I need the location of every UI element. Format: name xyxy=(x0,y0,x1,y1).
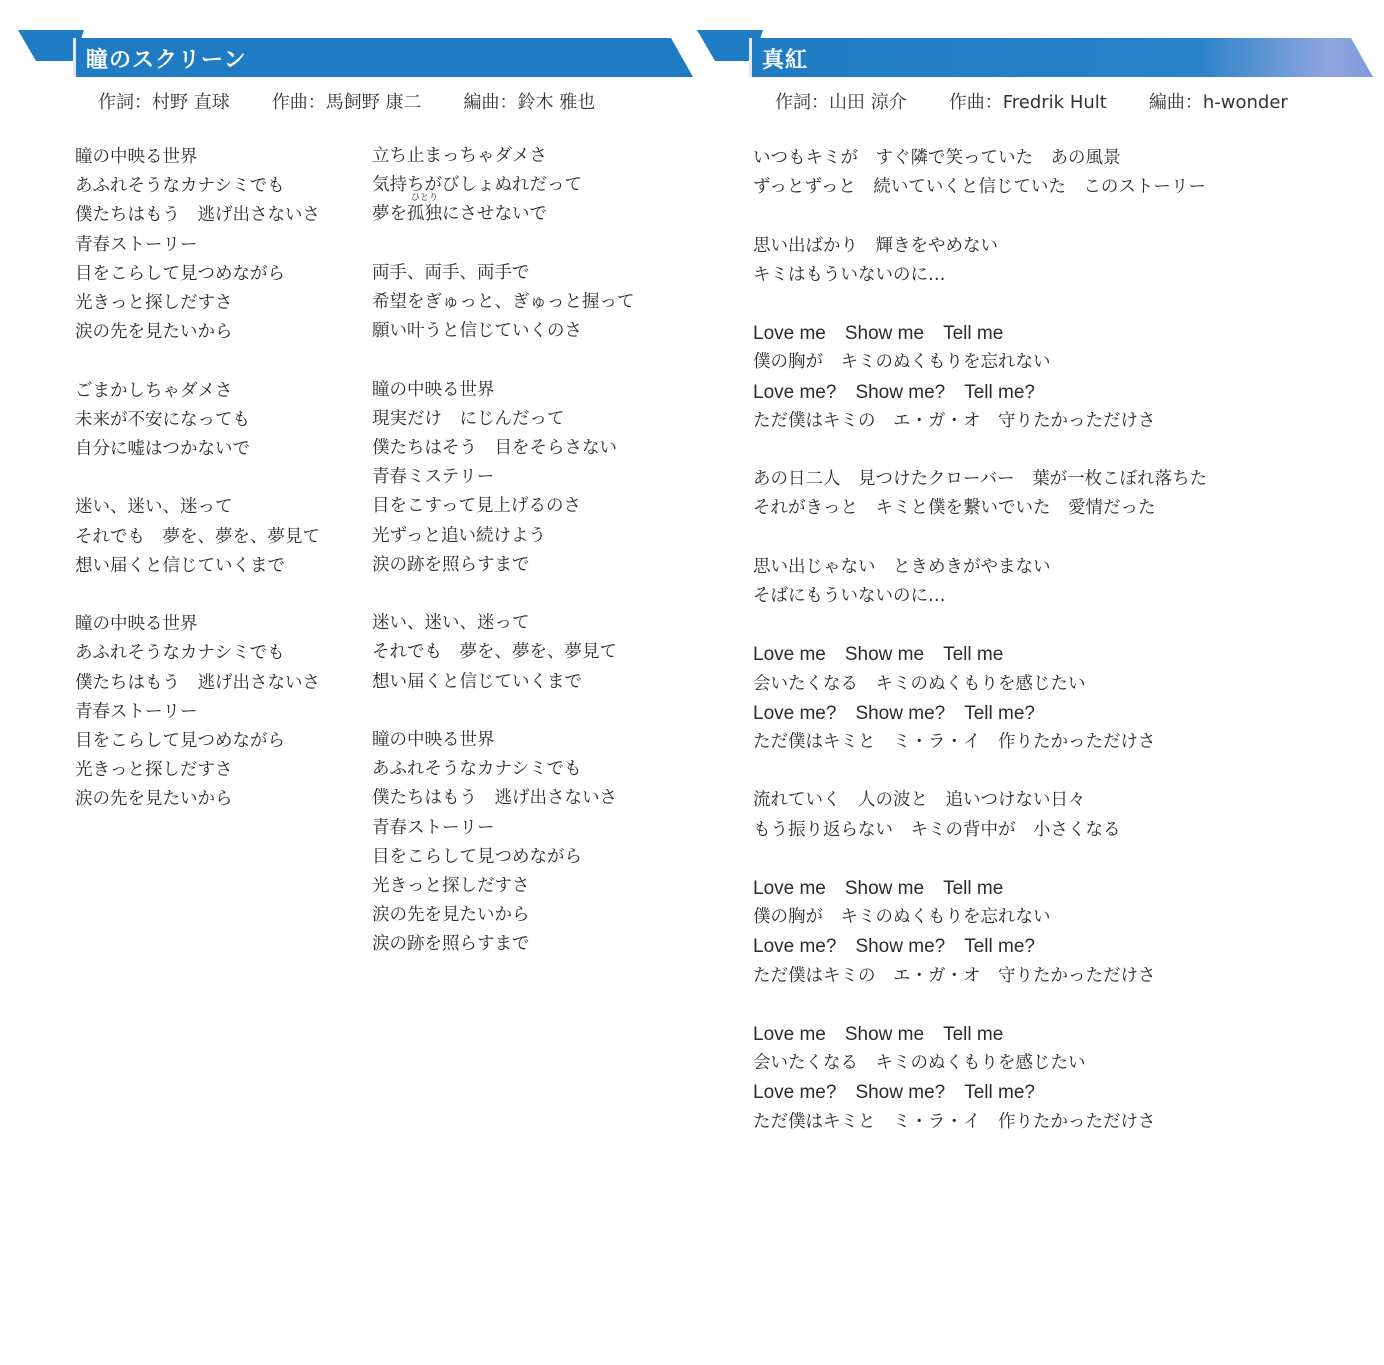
composer-credit: 作曲：馬飼野 康二 xyxy=(272,88,422,114)
composer-credit: 作曲：Fredrik Hult xyxy=(949,88,1107,114)
lyric-line: Love me Show me Tell me xyxy=(753,640,1373,669)
lyric-line: Love me? Show me? Tell me? xyxy=(753,1078,1373,1107)
lyric-line: Love me? Show me? Tell me? xyxy=(753,378,1373,407)
lyric-line: 現実だけ にじんだって xyxy=(372,405,672,434)
lyric-line: 瞳の中映る世界 xyxy=(75,610,365,639)
lyrics-stanza: Love me Show me Tell me僕の胸が キミのぬくもりを忘れない… xyxy=(753,874,1373,991)
lyric-line: あふれそうなカナシミでも xyxy=(75,172,365,201)
lyric-line: 僕たちはもう 逃げ出さないさ xyxy=(372,784,672,813)
lyric-line: キミはもういないのに… xyxy=(753,261,1373,290)
lyric-line: 涙の先を見たいから xyxy=(372,901,672,930)
lyric-line: 瞳の中映る世界 xyxy=(75,143,365,172)
lyrics-stanza: いつもキミが すぐ隣で笑っていた あの風景ずっとずっと 続いていくと信じていた … xyxy=(753,144,1373,202)
lyric-line: 想い届くと信じていくまで xyxy=(372,668,672,697)
ruby-reading: ひとり xyxy=(411,194,438,203)
arranger-credit: 編曲：鈴木 雅也 xyxy=(463,88,595,114)
song-title: 真紅 xyxy=(752,43,808,74)
lyric-line: 希望をぎゅっと、ぎゅっと握って xyxy=(372,288,672,317)
lyrics-stanza: ごまかしちゃダメさ未来が不安になっても自分に嘘はつかないで xyxy=(75,377,365,465)
lyric-line: 会いたくなる キミのぬくもりを感じたい xyxy=(753,670,1373,699)
lyric-line: いつもキミが すぐ隣で笑っていた あの風景 xyxy=(753,144,1373,173)
lyrics-stanza: Love me Show me Tell me会いたくなる キミのぬくもりを感じ… xyxy=(753,1020,1373,1137)
lyric-line: Love me? Show me? Tell me? xyxy=(753,932,1373,961)
lyrics-stanza: 流れていく 人の波と 追いつけない日々もう振り返らない キミの背中が 小さくなる xyxy=(753,786,1373,844)
lyrics-column: 瞳の中映る世界あふれそうなカナシミでも僕たちはもう 逃げ出さないさ青春ストーリー… xyxy=(75,143,365,844)
lyric-line: 光きっと探しだすさ xyxy=(75,289,365,318)
lyric-line: 涙の先を見たいから xyxy=(75,318,365,347)
lyrics-stanza: Love me Show me Tell me僕の胸が キミのぬくもりを忘れない… xyxy=(753,319,1373,436)
lyric-line: ずっとずっと 続いていくと信じていた このストーリー xyxy=(753,173,1373,202)
lyric-line: 両手、両手、両手で xyxy=(372,259,672,288)
lyrics-stanza: 立ち止まっちゃダメさ気持ちがびしょぬれだって夢を孤独にさせないでひとり xyxy=(372,142,672,230)
lyric-line: ただ僕はキミの エ・ガ・オ 守りたかっただけさ xyxy=(753,962,1373,991)
arranger-credit: 編曲：h-wonder xyxy=(1149,88,1288,114)
lyric-line: 青春ミステリー xyxy=(372,463,672,492)
lyrics-stanza: あの日二人 見つけたクローバー 葉が一枚こぼれ落ちたそれがきっと キミと僕を繋い… xyxy=(753,465,1373,523)
lyric-line: 目をこらして見つめながら xyxy=(75,260,365,289)
lyric-line: 光きっと探しだすさ xyxy=(372,872,672,901)
lyric-line: 僕の胸が キミのぬくもりを忘れない xyxy=(753,903,1373,932)
lyric-line: 光きっと探しだすさ xyxy=(75,756,365,785)
lyric-line: 僕の胸が キミのぬくもりを忘れない xyxy=(753,348,1373,377)
lyric-line: 自分に嘘はつかないで xyxy=(75,435,365,464)
lyrics-stanza: 思い出じゃない ときめきがやまないそばにもういないのに… xyxy=(753,553,1373,611)
lyric-line: 目をこすって見上げるのさ xyxy=(372,492,672,521)
lyric-line: 青春ストーリー xyxy=(75,698,365,727)
lyric-line: それでも 夢を、夢を、夢見て xyxy=(75,523,365,552)
lyric-line: そばにもういないのに… xyxy=(753,582,1373,611)
lyric-line: Love me? Show me? Tell me? xyxy=(753,699,1373,728)
lyric-line: 瞳の中映る世界 xyxy=(372,376,672,405)
lyricist-credit: 作詞：山田 涼介 xyxy=(775,88,907,114)
lyric-line: 会いたくなる キミのぬくもりを感じたい xyxy=(753,1049,1373,1078)
lyric-line: 思い出じゃない ときめきがやまない xyxy=(753,553,1373,582)
lyric-line: 思い出ばかり 輝きをやめない xyxy=(753,232,1373,261)
lyric-line: ただ僕はキミと ミ・ラ・イ 作りたかっただけさ xyxy=(753,1108,1373,1137)
lyrics-stanza: 瞳の中映る世界あふれそうなカナシミでも僕たちはもう 逃げ出さないさ青春ストーリー… xyxy=(75,610,365,814)
lyric-line: ごまかしちゃダメさ xyxy=(75,377,365,406)
lyric-line: 僕たちはもう 逃げ出さないさ xyxy=(75,669,365,698)
lyric-line: あふれそうなカナシミでも xyxy=(75,639,365,668)
lyric-line: 青春ストーリー xyxy=(75,231,365,260)
lyric-line: それでも 夢を、夢を、夢見て xyxy=(372,638,672,667)
lyric-line: 迷い、迷い、迷って xyxy=(372,609,672,638)
lyric-line: 涙の跡を照らすまで xyxy=(372,551,672,580)
lyric-line: Love me Show me Tell me xyxy=(753,319,1373,348)
song-1-credits: 作詞：村野 直球 作曲：馬飼野 康二 編曲：鈴木 雅也 xyxy=(98,88,595,114)
lyric-line: ただ僕はキミと ミ・ラ・イ 作りたかっただけさ xyxy=(753,728,1373,757)
lyric-line: Love me Show me Tell me xyxy=(753,1020,1373,1049)
lyric-line: それがきっと キミと僕を繋いでいた 愛情だった xyxy=(753,494,1373,523)
lyrics-stanza: 瞳の中映る世界現実だけ にじんだって僕たちはそう 目をそらさない青春ミステリー目… xyxy=(372,376,672,580)
lyric-line: 僕たちはもう 逃げ出さないさ xyxy=(75,201,365,230)
lyrics-stanza: 迷い、迷い、迷ってそれでも 夢を、夢を、夢見て想い届くと信じていくまで xyxy=(75,493,365,581)
lyric-line: 涙の先を見たいから xyxy=(75,785,365,814)
lyrics-column: 立ち止まっちゃダメさ気持ちがびしょぬれだって夢を孤独にさせないでひとり両手、両手… xyxy=(372,142,672,989)
lyric-line: 涙の跡を照らすまで xyxy=(372,930,672,959)
lyric-line: 立ち止まっちゃダメさ xyxy=(372,142,672,171)
lyric-line: もう振り返らない キミの背中が 小さくなる xyxy=(753,816,1373,845)
lyric-line: 迷い、迷い、迷って xyxy=(75,493,365,522)
lyric-line: 青春ストーリー xyxy=(372,814,672,843)
lyrics-stanza: 迷い、迷い、迷ってそれでも 夢を、夢を、夢見て想い届くと信じていくまで xyxy=(372,609,672,697)
lyrics-stanza: 両手、両手、両手で希望をぎゅっと、ぎゅっと握って願い叶うと信じていくのさ xyxy=(372,259,672,347)
lyric-line: 目をこらして見つめながら xyxy=(372,843,672,872)
lyric-line: 光ずっと追い続けよう xyxy=(372,522,672,551)
lyric-line: ただ僕はキミの エ・ガ・オ 守りたかっただけさ xyxy=(753,407,1373,436)
lyric-line: 未来が不安になっても xyxy=(75,406,365,435)
lyric-line: 想い届くと信じていくまで xyxy=(75,552,365,581)
lyric-line: 僕たちはそう 目をそらさない xyxy=(372,434,672,463)
lyric-line: 願い叶うと信じていくのさ xyxy=(372,317,672,346)
lyrics-stanza: 思い出ばかり 輝きをやめないキミはもういないのに… xyxy=(753,232,1373,290)
song-title: 瞳のスクリーン xyxy=(76,43,247,74)
lyric-line: 瞳の中映る世界 xyxy=(372,726,672,755)
lyrics-column: いつもキミが すぐ隣で笑っていた あの風景ずっとずっと 続いていくと信じていた … xyxy=(753,144,1373,1166)
lyrics-stanza: 瞳の中映る世界あふれそうなカナシミでも僕たちはもう 逃げ出さないさ青春ストーリー… xyxy=(75,143,365,347)
lyricist-credit: 作詞：村野 直球 xyxy=(98,88,230,114)
lyrics-stanza: Love me Show me Tell me会いたくなる キミのぬくもりを感じ… xyxy=(753,640,1373,757)
lyric-line: 流れていく 人の波と 追いつけない日々 xyxy=(753,786,1373,815)
lyric-line: あの日二人 見つけたクローバー 葉が一枚こぼれ落ちた xyxy=(753,465,1373,494)
lyric-line: 目をこらして見つめながら xyxy=(75,727,365,756)
song-2-credits: 作詞：山田 涼介 作曲：Fredrik Hult 編曲：h-wonder xyxy=(775,88,1288,114)
lyric-line: Love me Show me Tell me xyxy=(753,874,1373,903)
lyric-line: あふれそうなカナシミでも xyxy=(372,755,672,784)
lyrics-stanza: 瞳の中映る世界あふれそうなカナシミでも僕たちはもう 逃げ出さないさ青春ストーリー… xyxy=(372,726,672,960)
lyric-line: 夢を孤独にさせないでひとり xyxy=(372,200,672,229)
